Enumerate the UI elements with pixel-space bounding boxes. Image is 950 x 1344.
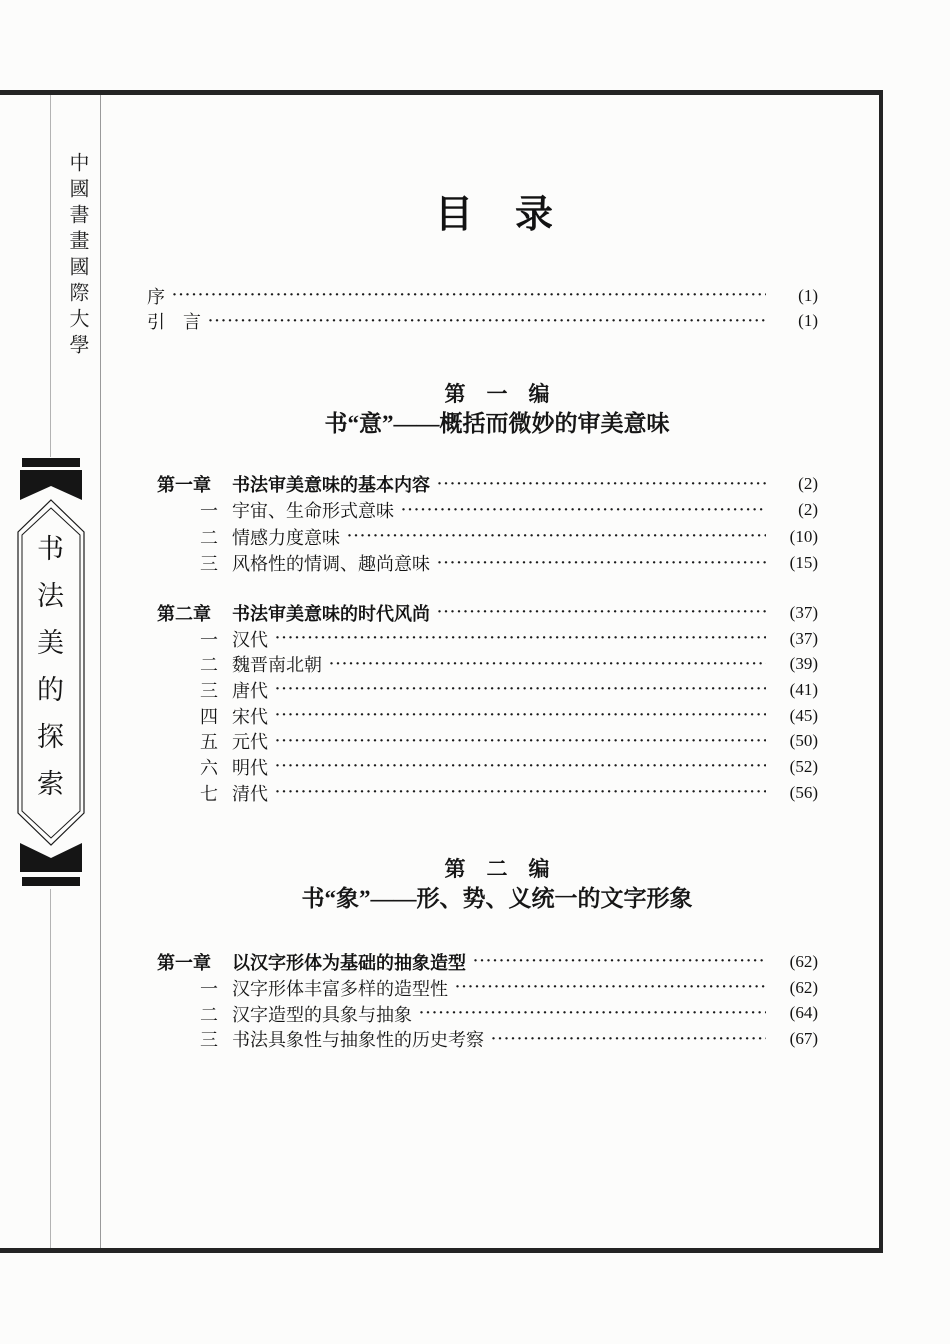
- entry-title: 宇宙、生命形式意味: [232, 497, 394, 523]
- toc-content: 目 录 序···································…: [146, 0, 818, 1344]
- front-matter-row: 序·······································…: [146, 283, 818, 309]
- entry-title: 汉字形体丰富多样的造型性: [232, 975, 448, 1001]
- entry-title: 魏晋南北朝: [232, 651, 322, 677]
- chapter-list-part1-ch1: 第一章书法审美意味的基本内容··························…: [146, 471, 818, 576]
- page-number: (56): [770, 783, 818, 803]
- item-number: 二: [194, 524, 224, 550]
- part-1-subtitle: 书“意”——概括而微妙的审美意味: [146, 408, 818, 439]
- spine-rule-inner-top: [50, 95, 51, 457]
- item-number: 五: [194, 728, 224, 754]
- spine-university-title: 中國書畫國際大學: [63, 152, 92, 360]
- front-matter-list: 序·······································…: [146, 283, 818, 334]
- dot-leader: ········································…: [347, 529, 766, 544]
- toc-chapter-row: 第一章书法审美意味的基本内容··························…: [146, 471, 818, 497]
- toc-chapter-row: 第一章以汉字形体为基础的抽象造型························…: [146, 949, 818, 975]
- item-number: 二: [194, 1001, 224, 1027]
- toc-item-row: 一宇宙、生命形式意味······························…: [146, 497, 818, 523]
- dot-leader: ········································…: [275, 734, 766, 749]
- page-number: (37): [770, 629, 818, 649]
- item-number: 一: [194, 497, 224, 523]
- page-number: (64): [770, 1003, 818, 1023]
- scanned-book-toc-page: 中國書畫國際大學 书法美的探索 目 录 序···················…: [0, 0, 950, 1344]
- page-title: 目 录: [146, 183, 818, 238]
- page-number: (2): [770, 474, 818, 494]
- chapter-number-label: 第一章: [157, 471, 211, 497]
- toc-item-row: 二汉字造型的具象与抽象·····························…: [146, 1001, 818, 1027]
- chapter-number-label: 第二章: [157, 600, 211, 626]
- part-2-number: 第 二 编: [146, 856, 818, 883]
- dot-leader: ········································…: [401, 503, 766, 518]
- toc-item-row: 二魏晋南北朝··································…: [146, 651, 818, 677]
- entry-title: 汉字造型的具象与抽象: [232, 1001, 412, 1027]
- dot-leader: ········································…: [473, 954, 766, 969]
- entry-title: 风格性的情调、趣尚意味: [232, 550, 430, 576]
- entry-title: 明代: [232, 754, 268, 780]
- item-number: 六: [194, 754, 224, 780]
- item-number: 七: [194, 780, 224, 806]
- ribbon-bar-top: [22, 458, 80, 467]
- dot-leader: ········································…: [275, 682, 766, 697]
- item-number: 一: [194, 975, 224, 1001]
- item-number: 四: [194, 703, 224, 729]
- page-number: (1): [770, 311, 818, 331]
- entry-title: 书法审美意味的时代风尚: [232, 600, 430, 626]
- item-number: 二: [194, 651, 224, 677]
- entry-title: 汉代: [232, 626, 268, 652]
- entry-title: 引 言: [147, 308, 201, 334]
- page-number: (37): [770, 603, 818, 623]
- dot-leader: ········································…: [275, 785, 766, 800]
- entry-title: 宋代: [232, 703, 268, 729]
- toc-item-row: 四宋代·····································…: [146, 703, 818, 729]
- ribbon-bar-bottom: [22, 877, 80, 886]
- item-number: 三: [194, 677, 224, 703]
- toc-item-row: 一汉字形体丰富多样的造型性···························…: [146, 975, 818, 1001]
- page-number: (62): [770, 978, 818, 998]
- front-matter-row: 引 言·····································…: [146, 309, 818, 335]
- dot-leader: ········································…: [455, 980, 766, 995]
- dot-leader: ········································…: [437, 477, 766, 492]
- dot-leader: ········································…: [329, 657, 766, 672]
- toc-item-row: 三风格性的情调、趣尚意味····························…: [146, 550, 818, 576]
- part-2-subtitle: 书“象”——形、势、义统一的文字形象: [146, 883, 818, 914]
- ribbon-banner-bottom: [20, 843, 82, 872]
- page-number: (2): [770, 500, 818, 520]
- entry-title: 序: [147, 283, 165, 309]
- dot-leader: ········································…: [275, 759, 766, 774]
- toc-item-row: 三书法具象性与抽象性的历史考察·························…: [146, 1026, 818, 1052]
- entry-title: 情感力度意味: [232, 524, 340, 550]
- toc-item-row: 五元代·····································…: [146, 728, 818, 754]
- dot-leader: ········································…: [172, 288, 766, 303]
- page-number: (52): [770, 757, 818, 777]
- chapter-number-label: 第一章: [157, 949, 211, 975]
- entry-title: 唐代: [232, 677, 268, 703]
- dot-leader: ········································…: [275, 708, 766, 723]
- page-number: (10): [770, 527, 818, 547]
- item-number: 三: [194, 1026, 224, 1052]
- page-number: (41): [770, 680, 818, 700]
- spine-rule-outer: [100, 95, 101, 1248]
- page-number: (50): [770, 731, 818, 751]
- chapter-list-part2-ch1: 第一章以汉字形体为基础的抽象造型························…: [146, 949, 818, 1052]
- page-number: (67): [770, 1029, 818, 1049]
- entry-title: 清代: [232, 780, 268, 806]
- page-number: (1): [770, 286, 818, 306]
- item-number: 三: [194, 550, 224, 576]
- toc-item-row: 六明代·····································…: [146, 754, 818, 780]
- entry-title: 书法具象性与抽象性的历史考察: [232, 1026, 484, 1052]
- page-number: (45): [770, 706, 818, 726]
- toc-item-row: 二情感力度意味·································…: [146, 524, 818, 550]
- dot-leader: ········································…: [437, 556, 766, 571]
- part-1-header: 第 一 编 书“意”——概括而微妙的审美意味: [146, 381, 818, 439]
- part-2-header: 第 二 编 书“象”——形、势、义统一的文字形象: [146, 856, 818, 914]
- toc-item-row: 一汉代·····································…: [146, 626, 818, 652]
- chapter-list-part1-ch2: 第二章书法审美意味的时代风尚··························…: [146, 600, 818, 806]
- page-number: (39): [770, 654, 818, 674]
- dot-leader: ········································…: [419, 1006, 766, 1021]
- dot-leader: ········································…: [208, 314, 766, 329]
- spine-rule-inner-bottom: [50, 889, 51, 1248]
- part-1-number: 第 一 编: [146, 381, 818, 408]
- entry-title: 元代: [232, 728, 268, 754]
- dot-leader: ········································…: [275, 631, 766, 646]
- dot-leader: ········································…: [491, 1032, 766, 1047]
- toc-item-row: 七清代·····································…: [146, 780, 818, 806]
- page-number: (15): [770, 553, 818, 573]
- entry-title: 书法审美意味的基本内容: [232, 471, 430, 497]
- toc-chapter-row: 第二章书法审美意味的时代风尚··························…: [146, 600, 818, 626]
- page-frame-right: [879, 90, 883, 1253]
- ribbon-banner-top: [20, 470, 82, 500]
- item-number: 一: [194, 626, 224, 652]
- spine-book-title: 书法美的探索: [38, 534, 68, 816]
- toc-item-row: 三唐代·····································…: [146, 677, 818, 703]
- page-number: (62): [770, 952, 818, 972]
- dot-leader: ········································…: [437, 605, 766, 620]
- entry-title: 以汉字形体为基础的抽象造型: [232, 949, 466, 975]
